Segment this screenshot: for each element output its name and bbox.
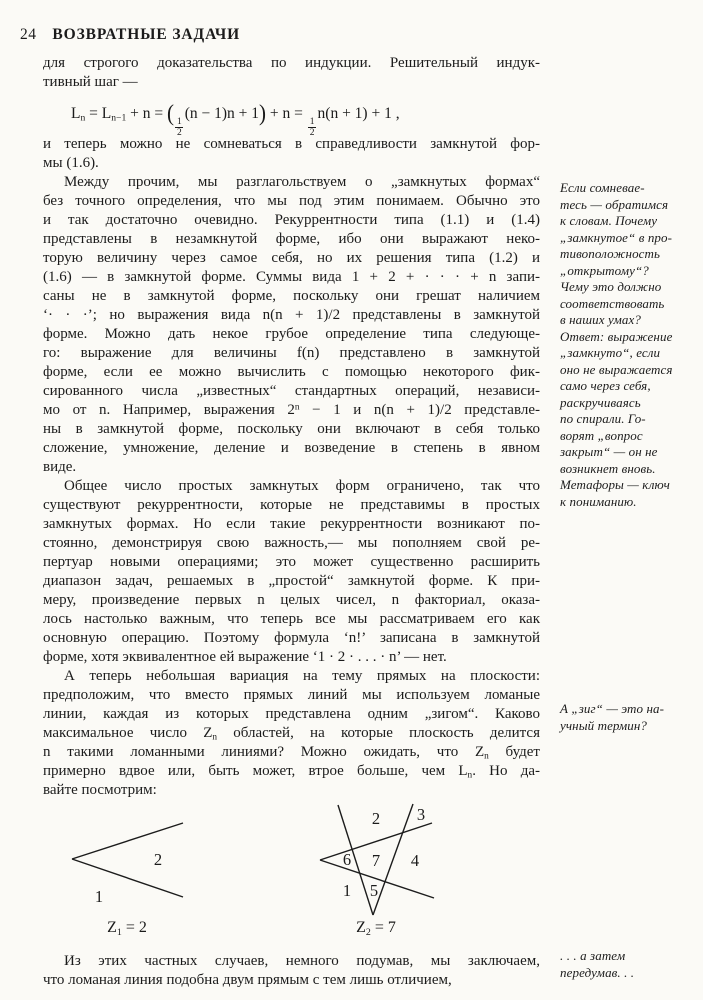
book-page: 24 ВОЗВРАТНЫЕ ЗАДАЧИ для строгого доказа…	[0, 0, 703, 1000]
text-line: без точного определения, что мы под этим…	[43, 192, 540, 211]
text-line: возникнет вновь.	[560, 461, 702, 478]
text-line: А „зиг“ — это на-	[560, 701, 702, 718]
text-line: ‘· · ·’; но выражения вида n(n + 1)/2 пр…	[43, 306, 540, 325]
text-line: Из этих частных случаев, немного подумав…	[43, 952, 540, 971]
text-line: замкнутых формах. Но если такие рекуррен…	[43, 515, 540, 534]
zig1-upper-line	[72, 823, 183, 859]
text-line: форме, если ее можно вычислить с помощью…	[43, 363, 540, 382]
display-formula-ln: Ln = Ln−1 + n = (12(n − 1)n + 1) + n = 1…	[71, 100, 540, 126]
text-line: А теперь небольшая вариация на тему прям…	[43, 667, 540, 686]
text-line: „замкнутое“ в про-	[560, 230, 702, 247]
text-line: ны в замкнутой форме, поскольку они вклю…	[43, 420, 540, 439]
region-label: 7	[372, 851, 380, 870]
text-line: . . . а затем	[560, 948, 702, 965]
running-head: 24 ВОЗВРАТНЫЕ ЗАДАЧИ	[20, 27, 240, 43]
text-line: диапазон задач, решаемых в „простой“ зам…	[43, 572, 540, 591]
text-line: Ответ: выражение	[560, 329, 702, 346]
text-line: пертуар новыми операциями; это может сущ…	[43, 553, 540, 572]
region-label: 4	[411, 851, 419, 870]
text-line: мо от n. Например, выражения 2n − 1 и n(…	[43, 401, 540, 420]
text-line: тесь — обратимся	[560, 197, 702, 214]
text-line: тивоположность	[560, 246, 702, 263]
zigzag-figure-svg: 2 1 2 3 6 7 4 1 5	[43, 802, 540, 922]
text-line: примерно вдвое или, быть может, втрое бо…	[43, 762, 540, 781]
text-line: к словам. Почему	[560, 213, 702, 230]
text-line: вайте посмотрим:	[43, 781, 540, 800]
text-line: сложение, умножение, деление и возведени…	[43, 439, 540, 458]
text-line: раскручиваясь	[560, 395, 702, 412]
text-line: в наших умах?	[560, 312, 702, 329]
text-line: мы (1.6).	[43, 154, 540, 173]
figure-caption-z1: Z1 = 2	[77, 918, 177, 937]
text-line: соответствовать	[560, 296, 702, 313]
text-line: для строгого доказательства по индукции.…	[43, 54, 540, 73]
text-line: форме. Можно дать некое грубое определен…	[43, 325, 540, 344]
text-line: само через себя,	[560, 378, 702, 395]
text-line: оно не выражается	[560, 362, 702, 379]
formula-inner: (n − 1)n + 1	[185, 105, 259, 122]
region-label: 5	[370, 881, 378, 900]
text-line: „замкнуто“, если	[560, 345, 702, 362]
zigzag-regions-figure: 2 1 2 3 6 7 4 1 5 Z1 = 2 Z2 = 7	[43, 802, 540, 948]
text-line: ворят „вопрос	[560, 428, 702, 445]
running-title: ВОЗВРАТНЫЕ ЗАДАЧИ	[52, 26, 240, 43]
text-line: представлены в незамкнутой форме, ибо он…	[43, 230, 540, 249]
text-line: саны не в замкнутой форме, поскольку они…	[43, 287, 540, 306]
text-line: Метафоры — ключ	[560, 477, 702, 494]
text-line: линии, каждая из которых представлена од…	[43, 705, 540, 724]
text-line: и теперь можно не сомневаться в справедл…	[43, 135, 540, 154]
paragraph-simple-closed-forms: Общее число простых замкнутых форм огран…	[43, 477, 540, 667]
fraction-numerator: 1	[308, 117, 316, 129]
text-line: предположим, что вместо прямых линий мы …	[43, 686, 540, 705]
page-number: 24	[20, 26, 37, 43]
text-line: виде.	[43, 458, 540, 477]
text-line: и так достаточно очевидно. Рекуррентност…	[43, 211, 540, 230]
zig1-lower-line	[72, 859, 183, 897]
text-line: n такими ломанными линиями? Можно ожидат…	[43, 743, 540, 762]
text-line: сированного числа „известных“ стандартны…	[43, 382, 540, 401]
margin-note-zig-term: А „зиг“ — это на-учный термин?	[560, 701, 702, 734]
formula-mid: + n =	[266, 105, 307, 122]
figure-caption-z2: Z2 = 7	[326, 918, 426, 937]
region-label: 3	[417, 805, 425, 824]
text-line: что ломаная линия подобна двум прямым с …	[43, 971, 540, 990]
region-label: 2	[154, 850, 162, 869]
paragraph-zigzag-variation: А теперь небольшая вариация на тему прям…	[43, 667, 540, 800]
fraction-numerator: 1	[175, 117, 183, 129]
region-label: 1	[95, 887, 103, 906]
text-line: лось настолько важным, что теперь все мы…	[43, 610, 540, 629]
formula-close-paren: )	[259, 99, 266, 127]
paragraph-closed-forms-definition: Между прочим, мы разглагольствуем о „зам…	[43, 173, 540, 477]
text-line: (1.6) — в замкнутой форме. Суммы вида 1 …	[43, 268, 540, 287]
text-line: торую величину через самое себя, но их р…	[43, 249, 540, 268]
text-line: форме, хотя эквивалентное ей выражение ‘…	[43, 648, 540, 667]
text-line: Чему это должно	[560, 279, 702, 296]
region-label: 6	[343, 850, 351, 869]
text-line: закрыт“ — он не	[560, 444, 702, 461]
text-line: учный термин?	[560, 718, 702, 735]
text-line: Между прочим, мы разглагольствуем о „зам…	[43, 173, 540, 192]
formula-tail: n(n + 1) + 1 ,	[318, 105, 400, 122]
text-line: „открытому“?	[560, 263, 702, 280]
text-line: Если сомневае-	[560, 180, 702, 197]
region-label: 2	[372, 809, 380, 828]
text-line: к пониманию.	[560, 494, 702, 511]
region-label: 1	[343, 881, 351, 900]
formula-lead: Ln = Ln−1 + n =	[71, 105, 167, 122]
text-line: го: выражение для величины f(n) представ…	[43, 344, 540, 363]
paragraph-closed-form-conclusion: и теперь можно не сомневаться в справедл…	[43, 135, 540, 173]
text-line: передумав. . .	[560, 965, 702, 982]
formula-open-paren: (	[167, 99, 174, 127]
text-line: по спирали. Го-	[560, 411, 702, 428]
paragraph-special-cases: Из этих частных случаев, немного подумав…	[43, 952, 540, 990]
paragraph-induction-step: для строгого доказательства по индукции.…	[43, 54, 540, 92]
text-line: максимальное число Zn областей, на котор…	[43, 724, 540, 743]
margin-note-then-changed-mind: . . . а затемпередумав. . .	[560, 948, 702, 981]
text-line: Общее число простых замкнутых форм огран…	[43, 477, 540, 496]
text-line: стоянно, демонстрируя свою важность,— мы…	[43, 534, 540, 553]
margin-note-closed-vs-open: Если сомневае-тесь — обратимсяк словам. …	[560, 180, 702, 510]
text-line: основную операцию. Поэтому формула ‘n!’ …	[43, 629, 540, 648]
text-line: меру, произведение первых n целых чисел,…	[43, 591, 540, 610]
main-text-column: для строгого доказательства по индукции.…	[43, 54, 540, 990]
text-line: тивный шаг —	[43, 73, 540, 92]
text-line: существуют рекуррентности, которые не пр…	[43, 496, 540, 515]
